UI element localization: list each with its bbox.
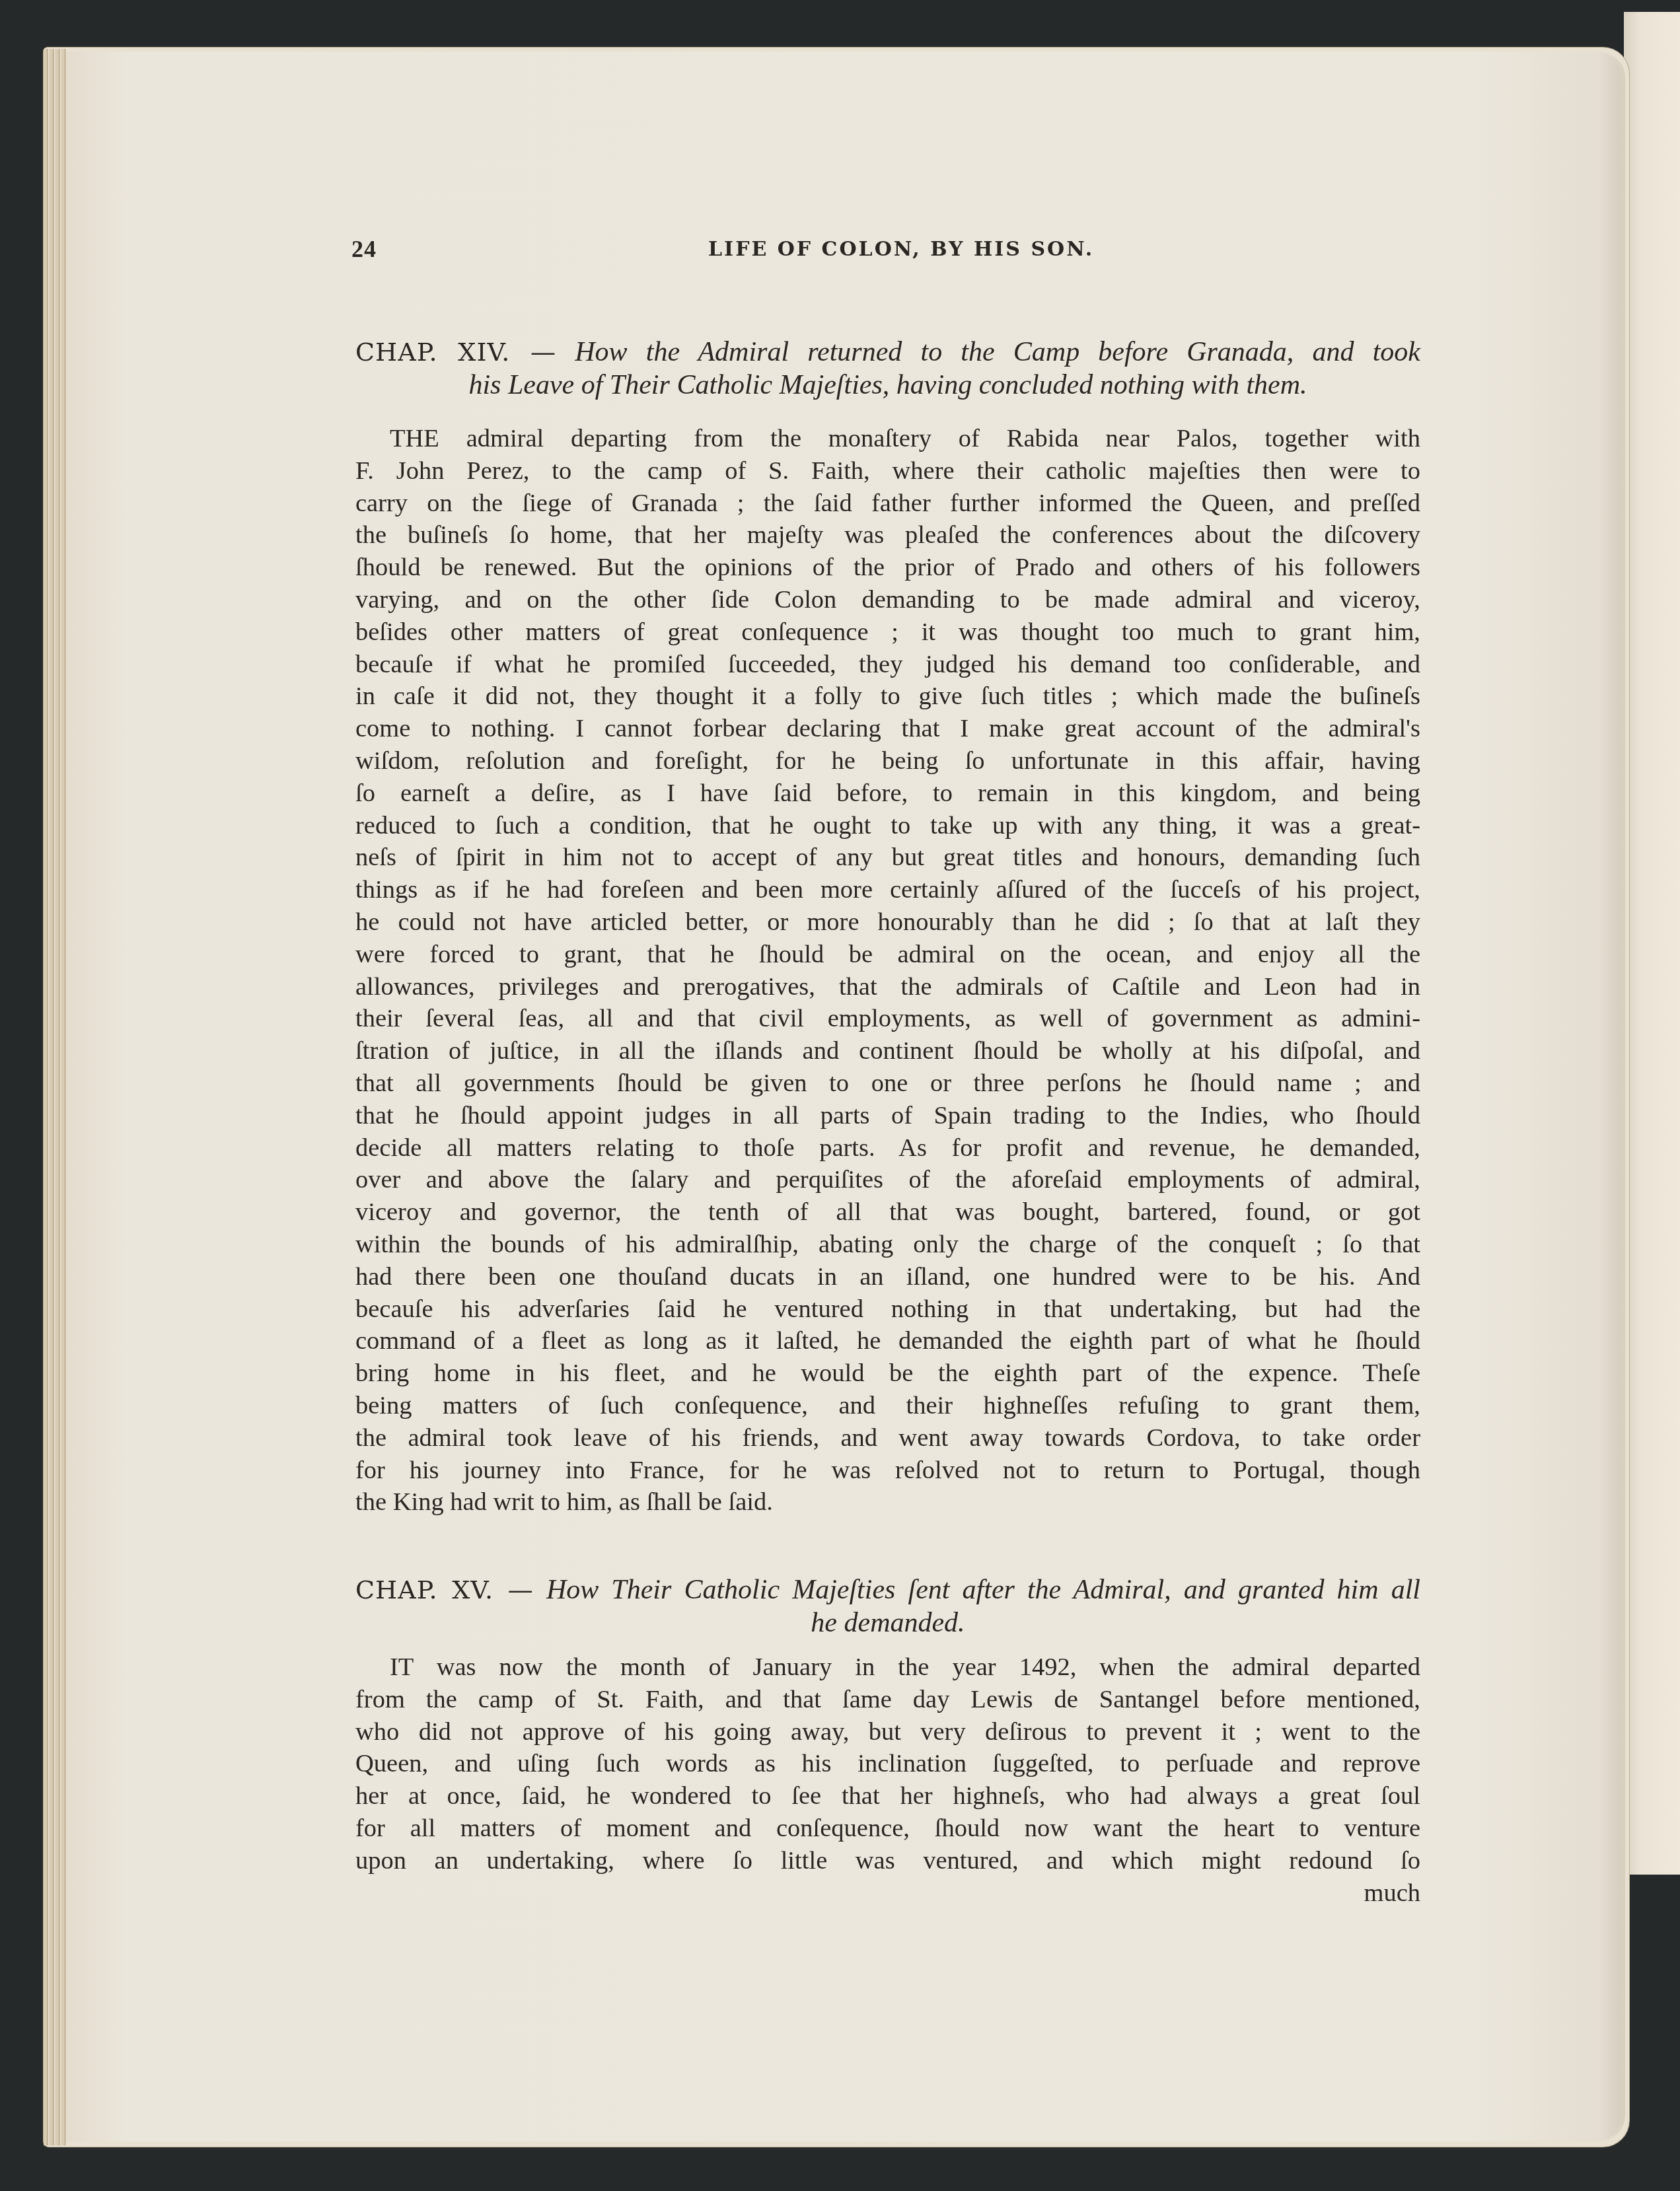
chapter-title: How Their Catholic Majeſties ſent after … <box>546 1575 1420 1605</box>
running-head: 24 LIFE OF COLON, BY HIS SON. <box>351 235 1435 268</box>
text-line: had there been one thouſand ducats in an… <box>355 1261 1420 1293</box>
text-line: ſhould be renewed. But the opinions of t… <box>355 552 1420 584</box>
text-line: the admiral took leave of his friends, a… <box>355 1422 1420 1455</box>
text-line: were forced to grant, that he ſhould be … <box>355 939 1420 971</box>
text-line: neſs of ſpirit in him not to accept of a… <box>355 842 1420 874</box>
text-line: decide all matters relating to thoſe par… <box>355 1132 1420 1165</box>
chapter-number: CHAP. XV. — <box>355 1575 534 1604</box>
chapter-heading: CHAP. XIV. — How the Admiral returned to… <box>355 336 1420 402</box>
chapter-title: How the Admiral returned to the Camp bef… <box>575 337 1420 367</box>
text-line: for his journey into France, for he was … <box>355 1455 1420 1487</box>
text-line: her at once, ſaid, he wondered to ſee th… <box>355 1780 1420 1813</box>
text-line: viceroy and governor, the tenth of all t… <box>355 1196 1420 1229</box>
text-line: becauſe if what he promiſed ſucceeded, t… <box>355 649 1420 681</box>
text-line: beſides other matters of great conſequen… <box>355 616 1420 649</box>
chapter-heading-line1: CHAP. XIV. — How the Admiral returned to… <box>355 336 1420 369</box>
text-line: carry on the ſiege of Granada ; the ſaid… <box>355 487 1420 520</box>
catchword: much <box>355 1877 1420 1910</box>
text-line: ſtration of juſtice, in all the iſlands … <box>355 1035 1420 1067</box>
text-line: come to nothing. I cannot forbear declar… <box>355 713 1420 745</box>
text-line: upon an undertaking, where ſo little was… <box>355 1845 1420 1877</box>
text-line: things as if he had foreſeen and been mo… <box>355 874 1420 906</box>
text-line: in caſe it did not, they thought it a fo… <box>355 680 1420 713</box>
next-page-edge <box>1624 12 1680 1875</box>
text-line: Queen, and uſing ſuch words as his incli… <box>355 1748 1420 1780</box>
text-line: for all matters of moment and conſequenc… <box>355 1813 1420 1845</box>
chapter-body: IT was now the month of January in the y… <box>355 1651 1420 1909</box>
chapter-title-line2: he demanded. <box>355 1606 1420 1639</box>
text-line: the King had writ to him, as ſhall be ſa… <box>355 1486 1420 1519</box>
text-line: IT was now the month of January in the y… <box>355 1651 1420 1684</box>
chapter-body: THE admiral departing from the monaſtery… <box>355 423 1420 1519</box>
text-line: F. John Perez, to the camp of S. Faith, … <box>355 455 1420 487</box>
text-line: that he ſhould appoint judges in all par… <box>355 1100 1420 1132</box>
text-line: being matters of ſuch conſequence, and t… <box>355 1390 1420 1422</box>
text-line: wiſdom, reſolution and foreſight, for he… <box>355 745 1420 777</box>
text-line: allowances, privileges and prerogatives,… <box>355 971 1420 1003</box>
chapter-title-line2: his Leave of Their Catholic Majeſties, h… <box>355 369 1420 402</box>
chapter-number: CHAP. XIV. — <box>355 338 556 367</box>
page-edges <box>44 49 66 2145</box>
text-line: becauſe his adverſaries ſaid he ventured… <box>355 1293 1420 1326</box>
text-line: within the bounds of his admiralſhip, ab… <box>355 1229 1420 1261</box>
text-line: THE admiral departing from the monaſtery… <box>355 423 1420 455</box>
text-line: the buſineſs ſo home, that her majeſty w… <box>355 519 1420 552</box>
text-line: ſo earneſt a deſire, as I have ſaid befo… <box>355 777 1420 810</box>
page-number: 24 <box>351 235 377 263</box>
chapter-heading: CHAP. XV. — How Their Catholic Majeſties… <box>355 1573 1420 1639</box>
text-line: command of a fleet as long as it laſted,… <box>355 1325 1420 1357</box>
text-line: their ſeveral ſeas, all and that civil e… <box>355 1003 1420 1035</box>
gutter-shadow <box>1599 52 1625 2141</box>
text-line: who did not approve of his going away, b… <box>355 1716 1420 1748</box>
text-line: varying, and on the other ſide Colon dem… <box>355 584 1420 616</box>
text-line: he could not have articled better, or mo… <box>355 906 1420 939</box>
text-line: reduced to ſuch a condition, that he oug… <box>355 810 1420 842</box>
text-line: bring home in his fleet, and he would be… <box>355 1357 1420 1390</box>
text-line: over and above the ſalary and perquiſite… <box>355 1164 1420 1196</box>
text-line: from the camp of St. Faith, and that ſam… <box>355 1684 1420 1716</box>
chapter-heading-line1: CHAP. XV. — How Their Catholic Majeſties… <box>355 1573 1420 1606</box>
running-title: LIFE OF COLON, BY HIS SON. <box>708 238 1094 261</box>
text-line: that all governments ſhould be given to … <box>355 1067 1420 1100</box>
